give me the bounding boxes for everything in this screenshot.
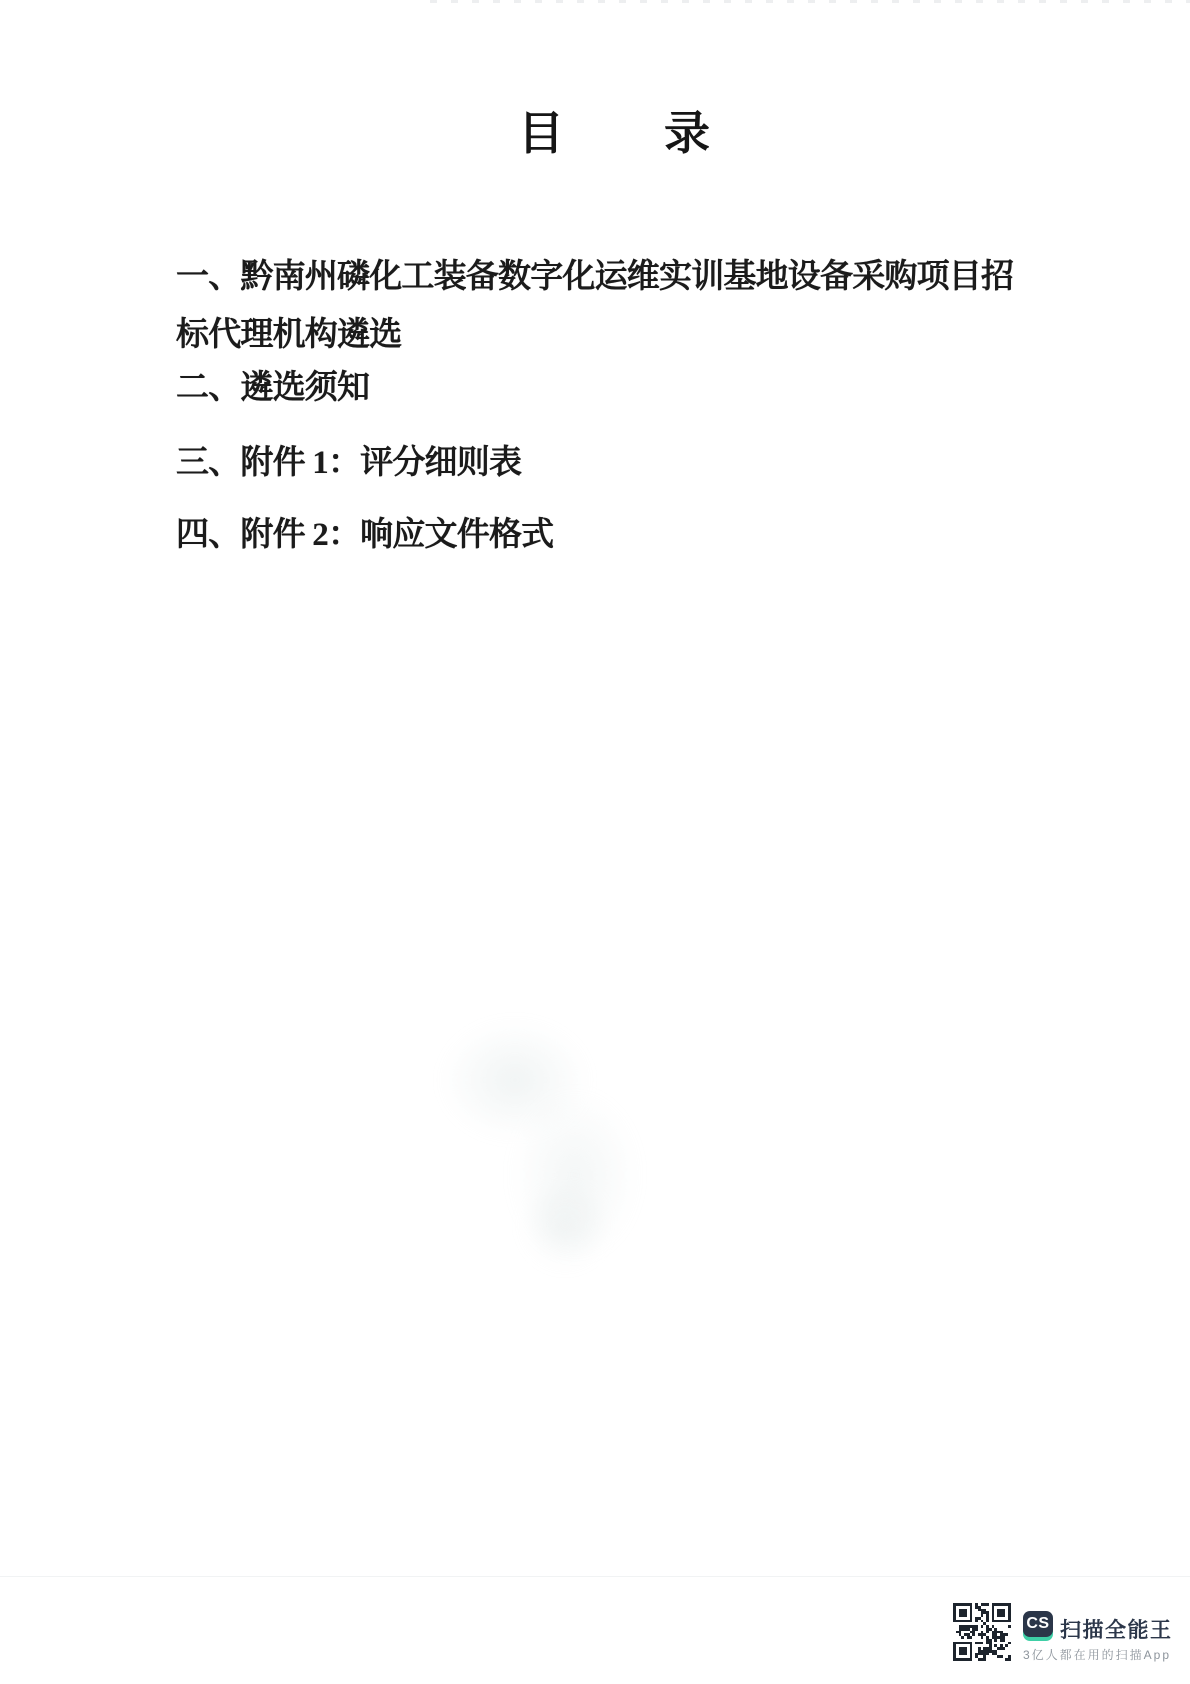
logo-monogram: CS [1023, 1611, 1053, 1637]
scan-smudge [510, 1090, 640, 1260]
camscanner-logo-icon: CS [1023, 1611, 1053, 1641]
scan-edge-artifact [430, 0, 1190, 3]
toc-entry-2: 二、遴选须知 [176, 365, 1076, 411]
toc-entry-1-line-2: 标代理机构遴选 [176, 312, 1076, 358]
toc-entry-4: 四、附件 2：响应文件格式 [176, 512, 1076, 558]
toc-entry-3: 三、附件 1：评分细则表 [176, 440, 1076, 486]
scan-fold-line [0, 1576, 1190, 1577]
page-title-char-2: 录 [664, 106, 710, 162]
page-title: 目 录 [19, 106, 1190, 162]
scanner-tagline: 3亿人都在用的扫描App [1023, 1646, 1171, 1663]
qr-code [953, 1603, 1011, 1661]
scanner-app-name: 扫描全能王 [1060, 1614, 1173, 1644]
toc-entry-1-line-1: 一、黔南州磷化工装备数字化运维实训基地设备采购项目招 [176, 254, 1076, 300]
scan-smudge [440, 1020, 590, 1140]
page-title-char-1: 目 [518, 106, 564, 162]
scan-smudge [520, 1180, 610, 1270]
scanner-watermark: CS 扫描全能王 3亿人都在用的扫描App [953, 1603, 1163, 1665]
